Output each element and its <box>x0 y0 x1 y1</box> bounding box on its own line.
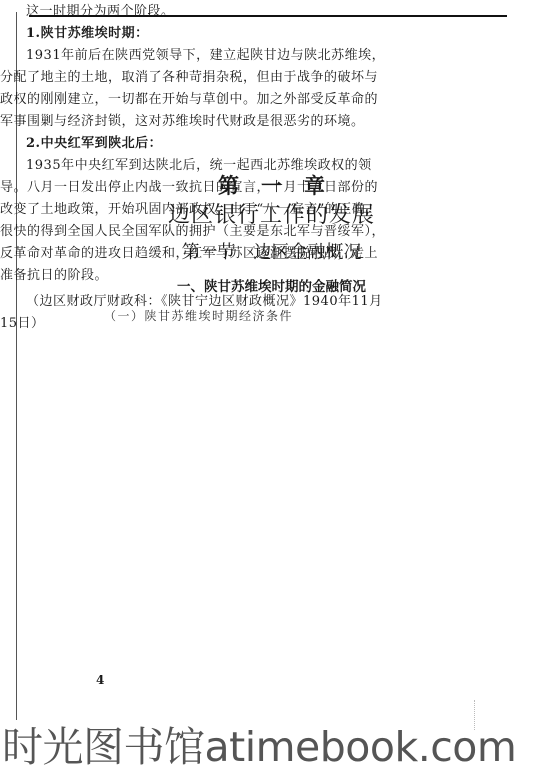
page-number: 4 <box>96 673 104 687</box>
body-line: 1931年前后在陕西党领导下，建立起陕甘边与陕北苏维埃， <box>0 44 385 63</box>
body-line: 政权的刚刚建立，一切都在开始与草创中。加之外部受反革命的 <box>0 88 378 107</box>
subsection-heading: （一）陕甘苏维埃时期经济条件 <box>104 307 293 326</box>
body-line: 分配了地主的土地，取消了各种苛捐杂税，但由于战争的破坏与 <box>0 66 378 85</box>
body-line: 准备抗日的阶段。 <box>0 264 108 283</box>
watermark: 时光图书馆atimebook.com <box>2 714 516 768</box>
body-line: 反革命对革命的进攻日趋缓和，红军与苏区逐渐摆脱内战，走上 <box>0 242 378 261</box>
body-line: 1.陕甘苏维埃时期： <box>0 22 149 41</box>
citation-line: （边区财政厅财政科：《陕甘宁边区财政概况》1940年11月 <box>0 290 383 309</box>
body-line: 改变了土地政策，开始巩固内部政权。由于“八一宣言”的正确， <box>0 198 379 217</box>
body-line: 很快的得到全国人民全国军队的拥护（主要是东北军与晋绥军）， <box>0 220 385 239</box>
citation-line: 15日） <box>0 312 45 331</box>
body-line: 军事围剿与经济封锁，这对苏维埃时代财政是很恶劣的环境。 <box>0 110 365 129</box>
body-line: 这一时期分为两个阶段。 <box>0 0 175 19</box>
body-line: 1935年中央红军到达陕北后，统一起西北苏维埃政权的领 <box>0 154 372 173</box>
body-line: 2.中央红军到陕北后： <box>0 132 162 151</box>
body-line: 导。八月一日发出停止内战一致抗日的宣言，十月十五日部份的 <box>0 176 378 195</box>
